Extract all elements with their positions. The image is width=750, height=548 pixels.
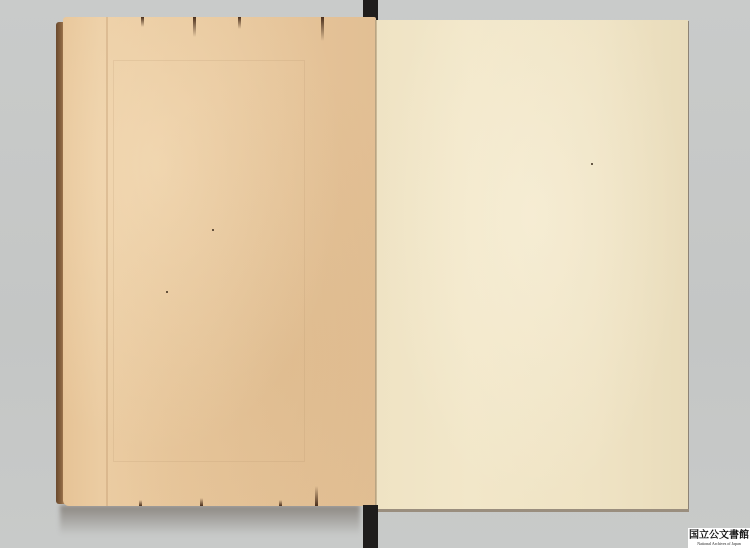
- edge-burn-mark: [193, 17, 196, 37]
- edge-burn-mark: [139, 500, 142, 506]
- edge-burn-mark: [315, 486, 318, 506]
- watermark-english: National Archives of Japan: [697, 541, 740, 546]
- right-page-blank-leaf: [377, 20, 688, 510]
- bookmark-ribbon-bottom: [363, 505, 378, 548]
- edge-burn-mark: [200, 498, 203, 506]
- edge-burn-mark: [279, 500, 282, 506]
- paper-speck: [212, 229, 214, 231]
- archive-watermark: 国立公文書館 National Archives of Japan: [688, 528, 750, 548]
- edge-burn-mark: [321, 17, 324, 41]
- left-page-faint-bleedthrough-panel: [113, 60, 305, 462]
- edge-burn-mark: [141, 17, 144, 27]
- watermark-japanese: 国立公文書館: [689, 530, 749, 541]
- left-page-shadow: [60, 505, 360, 535]
- edge-burn-mark: [238, 17, 241, 29]
- paper-speck: [166, 291, 168, 293]
- scan-background: 国立公文書館 National Archives of Japan: [0, 0, 750, 548]
- paper-speck: [591, 163, 593, 165]
- right-page-bottom-edge: [377, 509, 689, 512]
- left-page-fold-line: [106, 17, 108, 506]
